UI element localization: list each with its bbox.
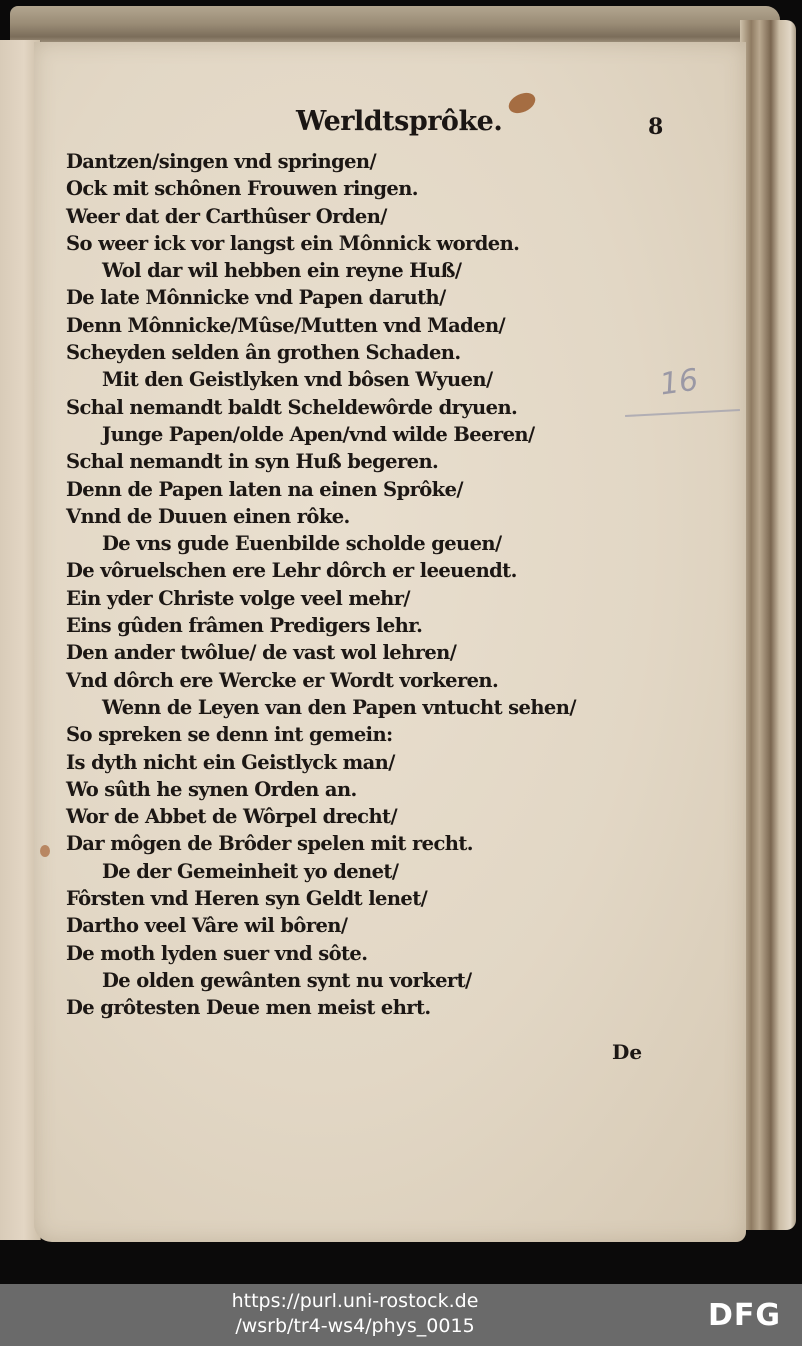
- dfg-logo: DFG: [708, 1298, 781, 1333]
- verse-line: Denn de Papen laten na einen Sprôke/: [66, 476, 666, 503]
- verse-line: Dartho veel Vâre wil bôren/: [66, 912, 666, 939]
- verse-line: So weer ick vor langst ein Mônnick worde…: [66, 230, 666, 257]
- verse-line: De late Mônnicke vnd Papen daruth/: [66, 284, 666, 311]
- verse-line: Mit den Geistlyken vnd bôsen Wyuen/: [66, 366, 666, 393]
- verse-line: Schal nemandt in syn Huß begeren.: [66, 448, 666, 475]
- verse-line: Junge Papen/olde Apen/vnd wilde Beeren/: [66, 421, 666, 448]
- verse-line: Wol dar wil hebben ein reyne Huß/: [66, 257, 666, 284]
- permalink-line-1: https://purl.uni-rostock.de: [0, 1289, 710, 1314]
- paper-stain-small: [40, 845, 50, 857]
- verse-line: Dar môgen de Brôder spelen mit recht.: [66, 830, 666, 857]
- verse-line: De der Gemeinheit yo denet/: [66, 858, 666, 885]
- verse-line: De olden gewânten synt nu vorkert/: [66, 967, 666, 994]
- running-head: Werldtsprôke.: [296, 106, 502, 137]
- page-signature: 8: [648, 114, 663, 140]
- verse-line: De vns gude Euenbilde scholde geuen/: [66, 530, 666, 557]
- permalink-line-2: /wsrb/tr4-ws4/phys_0015: [0, 1314, 710, 1339]
- book-fore-edge: [740, 20, 796, 1230]
- verse-line: Weer dat der Carthûser Orden/: [66, 203, 666, 230]
- verse-line: Wo sûth he synen Orden an.: [66, 776, 666, 803]
- catchword: De: [612, 1040, 642, 1064]
- verse-line: Dantzen/singen vnd springen/: [66, 148, 666, 175]
- scan-image: Werldtsprôke. 8 16 Dantzen/singen vnd sp…: [0, 0, 802, 1284]
- verse-line: Den ander twôlue/ de vast wol lehren/: [66, 639, 666, 666]
- verse-line: So spreken se denn int gemein:: [66, 721, 666, 748]
- verse-line: Denn Mônnicke/Mûse/Mutten vnd Maden/: [66, 312, 666, 339]
- verse-line: De grôtesten Deue men meist ehrt.: [66, 994, 666, 1021]
- verse-line: Eins gûden frâmen Predigers lehr.: [66, 612, 666, 639]
- verse-line: Schal nemandt baldt Scheldewôrde dryuen.: [66, 394, 666, 421]
- verse-line: Vnd dôrch ere Wercke er Wordt vorkeren.: [66, 667, 666, 694]
- verse-line: Wor de Abbet de Wôrpel drecht/: [66, 803, 666, 830]
- verse-line: Scheyden selden ân grothen Schaden.: [66, 339, 666, 366]
- permalink[interactable]: https://purl.uni-rostock.de /wsrb/tr4-ws…: [0, 1289, 710, 1339]
- footer-bar: https://purl.uni-rostock.de /wsrb/tr4-ws…: [0, 1284, 802, 1346]
- verse-line: Ock mit schônen Frouwen ringen.: [66, 175, 666, 202]
- verse-line: Ein yder Christe volge veel mehr/: [66, 585, 666, 612]
- verse-line: Fôrsten vnd Heren syn Geldt lenet/: [66, 885, 666, 912]
- verse-line: Is dyth nicht ein Geistlyck man/: [66, 749, 666, 776]
- verse-line: Wenn de Leyen van den Papen vntucht sehe…: [66, 694, 666, 721]
- verse-line: De moth lyden suer vnd sôte.: [66, 940, 666, 967]
- verse-line: De vôruelschen ere Lehr dôrch er leeuend…: [66, 557, 666, 584]
- verse-line: Vnnd de Duuen einen rôke.: [66, 503, 666, 530]
- verse-text-block: Dantzen/singen vnd springen/Ock mit schô…: [66, 148, 666, 1022]
